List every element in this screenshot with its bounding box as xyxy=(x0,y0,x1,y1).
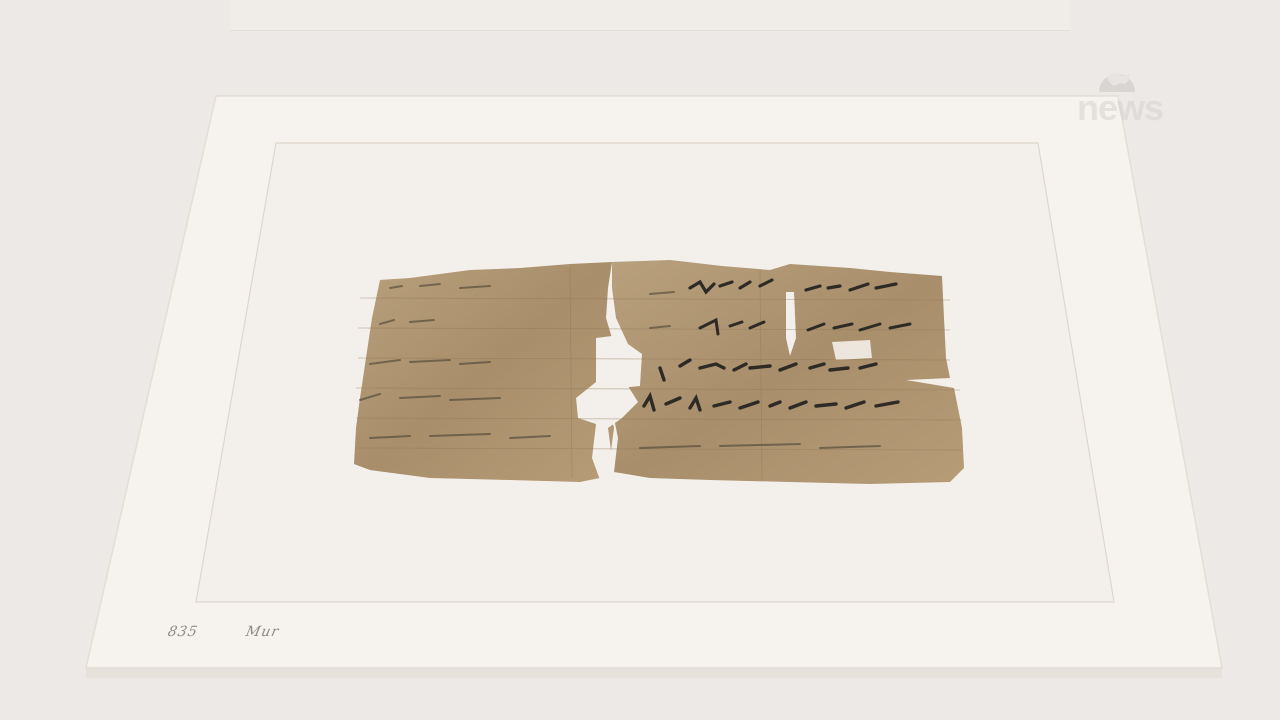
mat-label-number: 835 xyxy=(166,624,199,640)
mat-label-name: Mur xyxy=(244,624,280,640)
news-watermark: news xyxy=(1064,56,1176,126)
watermark-text: news xyxy=(1064,90,1176,126)
photo-scene: 835 Mur news xyxy=(0,0,1280,720)
papyrus-fragment xyxy=(350,258,966,486)
